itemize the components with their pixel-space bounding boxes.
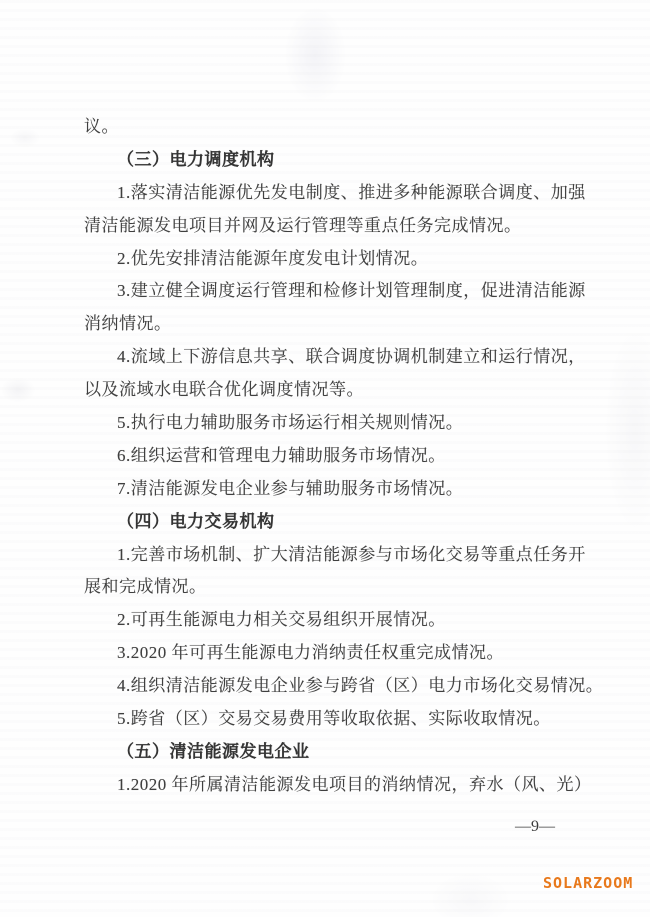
text-line: 以及流域水电联合优化调度情况等。 [84,374,568,407]
document-body: 议。 （三）电力调度机构 1.落实清洁能源优先发电制度、推进多种能源联合调度、加… [84,111,568,802]
text-line: 展和完成情况。 [84,571,568,604]
text-line: 1.2020 年所属清洁能源发电项目的消纳情况，弃水（风、光） [84,769,568,802]
watermark-solarzoom: SOLARZOOM [543,874,633,892]
text-line: 3.建立健全调度运行管理和检修计划管理制度，促进清洁能源 [84,275,568,308]
text-line: 4.流域上下游信息共享、联合调度协调机制建立和运行情况， [84,341,568,374]
text-line: 2.优先安排清洁能源年度发电计划情况。 [84,243,568,276]
text-line: 清洁能源发电项目并网及运行管理等重点任务完成情况。 [84,210,568,243]
text-line: 1.落实清洁能源优先发电制度、推进多种能源联合调度、加强 [84,177,568,210]
text-line: 2.可再生能源电力相关交易组织开展情况。 [84,604,568,637]
section-heading: （三）电力调度机构 [84,144,568,177]
text-line: 消纳情况。 [84,308,568,341]
text-line: 5.跨省（区）交易交易费用等收取依据、实际收取情况。 [84,703,568,736]
text-line: 3.2020 年可再生能源电力消纳责任权重完成情况。 [84,637,568,670]
section-heading: （五）清洁能源发电企业 [84,736,568,769]
text-line: 6.组织运营和管理电力辅助服务市场情况。 [84,440,568,473]
section-heading: （四）电力交易机构 [84,506,568,539]
text-line: 1.完善市场机制、扩大清洁能源参与市场化交易等重点任务开 [84,539,568,572]
text-line: 议。 [84,111,568,144]
text-line: 4.组织清洁能源发电企业参与跨省（区）电力市场化交易情况。 [84,670,568,703]
document-page: 议。 （三）电力调度机构 1.落实清洁能源优先发电制度、推进多种能源联合调度、加… [0,0,650,917]
text-line: 7.清洁能源发电企业参与辅助服务市场情况。 [84,473,568,506]
text-line: 5.执行电力辅助服务市场运行相关规则情况。 [84,407,568,440]
page-number: —9— [505,818,565,836]
